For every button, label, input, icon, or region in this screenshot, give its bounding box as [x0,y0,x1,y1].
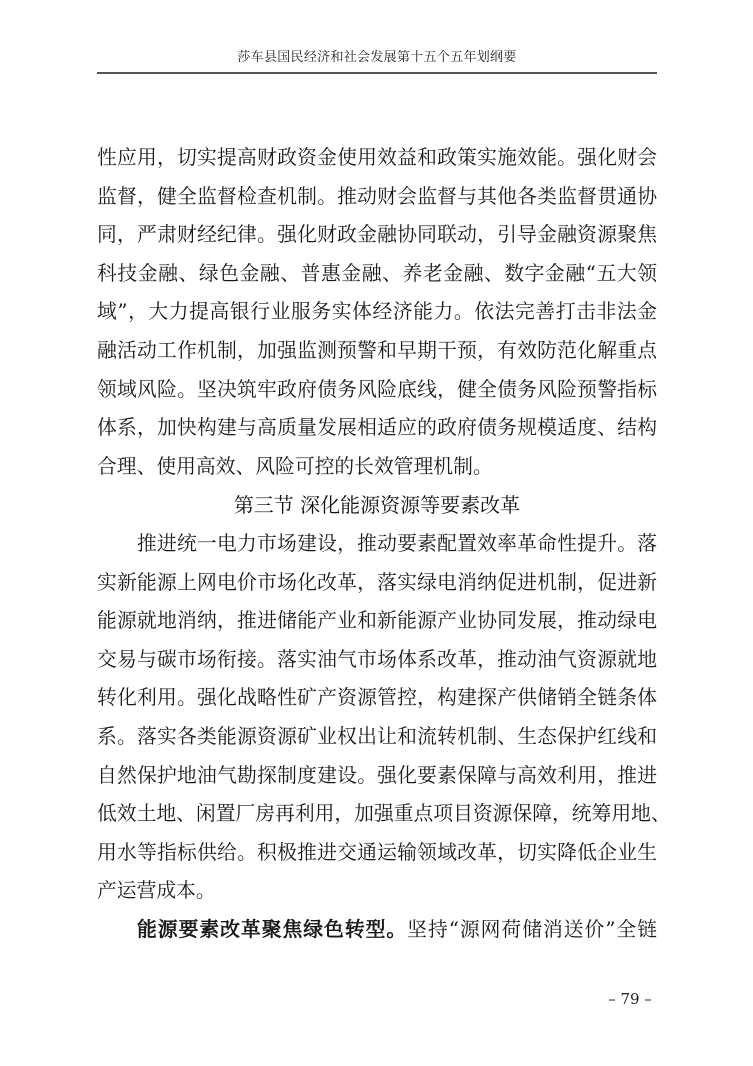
text-line: 实新能源上网电价市场化改革，落实绿电消纳促进机制，促进新 [97,564,657,603]
body-text: 性应用，切实提高财政资金使用效益和政策实施效能。强化财会 监督，健全监督检查机制… [97,139,657,949]
document-title: 莎车县国民经济和社会发展第十五个五年划纲要 [237,50,516,65]
paragraph-energy-resources: 推进统一电力市场建设，推动要素配置效率革命性提升。落 实新能源上网电价市场化改革… [97,525,657,911]
paragraph-green-transition: 能源要素改革聚焦绿色转型。坚持“源网荷储消送价”全链 [97,911,657,950]
text-line: 合理、使用高效、风险可控的长效管理机制。 [97,448,657,487]
text-line: 推进统一电力市场建设，推动要素配置效率革命性提升。落 [97,525,657,564]
paragraph-text: 坚持“源网荷储消送价”全链 [407,918,657,941]
text-line: 同，严肃财经纪律。强化财政金融协同联动，引导金融资源聚焦 [97,216,657,255]
text-line: 体系，加快构建与高质量发展相适应的政府债务规模适度、结构 [97,409,657,448]
text-line: 用水等指标供给。积极推进交通运输领域改革，切实降低企业生 [97,834,657,873]
text-line: 领域风险。坚决筑牢政府债务风险底线，健全债务风险预警指标 [97,371,657,410]
text-line: 系。落实各类能源资源矿业权出让和流转机制、生态保护红线和 [97,718,657,757]
text-line: 能源就地消纳，推进储能产业和新能源产业协同发展，推动绿电 [97,602,657,641]
text-line: 融活动工作机制，加强监测预警和早期干预，有效防范化解重点 [97,332,657,371]
bold-lead-sentence: 能源要素改革聚焦绿色转型。 [137,918,407,941]
text-line: 转化利用。强化战略性矿产资源管控，构建探产供储销全链条体 [97,679,657,718]
paragraph-fiscal-finance: 性应用，切实提高财政资金使用效益和政策实施效能。强化财会 监督，健全监督检查机制… [97,139,657,486]
text-line: 交易与碳市场衔接。落实油气市场体系改革，推动油气资源就地 [97,641,657,680]
text-line: 低效土地、闲置厂房再利用，加强重点项目资源保障，统筹用地、 [97,795,657,834]
section-heading: 第三节 深化能源资源等要素改革 [97,486,657,525]
text-line: 自然保护地油气勘探制度建设。强化要素保障与高效利用，推进 [97,757,657,796]
text-line: 产运营成本。 [97,872,657,911]
text-line: 科技金融、绿色金融、普惠金融、养老金融、数字金融“五大领 [97,255,657,294]
text-line: 域”，大力提高银行业服务实体经济能力。依法完善打击非法金 [97,293,657,332]
running-header: 莎车县国民经济和社会发展第十五个五年划纲要 [97,48,657,74]
text-line: 监督，健全监督检查机制。推动财会监督与其他各类监督贯通协 [97,178,657,217]
text-line: 性应用，切实提高财政资金使用效益和政策实施效能。强化财会 [97,139,657,178]
page-number: – 79 – [560,990,700,1008]
